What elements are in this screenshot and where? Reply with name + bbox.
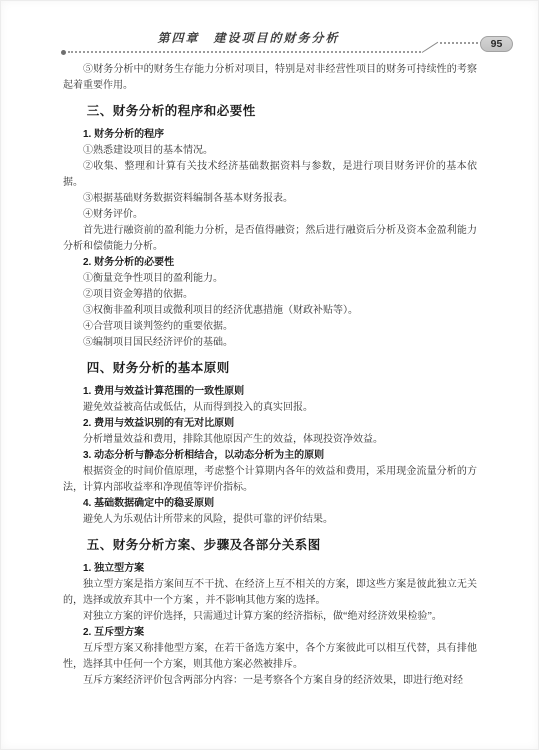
- section-heading-5: 五、财务分析方案、步骤及各部分关系图: [63, 537, 477, 554]
- section-heading-4: 四、财务分析的基本原则: [63, 360, 477, 377]
- paragraph-principle-2: 分析增量效益和费用，排除其他原因产生的效益，体现投资净效益。: [63, 432, 477, 448]
- dotted-rule-left: [68, 51, 421, 53]
- subheading-necessity: 2. 财务分析的必要性: [63, 255, 477, 271]
- list-item: ⑤编制项目国民经济评价的基础。: [63, 335, 477, 351]
- paragraph-principle-1: 避免效益被高估或低估，从而得到投入的真实回报。: [63, 400, 477, 416]
- list-item: ①熟悉建设项目的基本情况。: [63, 143, 477, 159]
- chapter-title: 第四章 建设项目的财务分析: [0, 29, 497, 46]
- list-item: ①衡量竞争性项目的盈利能力。: [63, 271, 477, 287]
- list-item: ③权衡非盈利项目或微利项目的经济优惠措施（财政补贴等）。: [63, 303, 477, 319]
- subheading-principle-1: 1. 费用与效益计算范围的一致性原则: [63, 384, 477, 400]
- paragraph-exclusive-1: 互斥型方案又称排他型方案，在若干备选方案中，各个方案彼此可以相互代替，具有排他性…: [63, 641, 477, 673]
- paragraph-financing-analysis: 首先进行融资前的盈利能力分析，是否值得融资；然后进行融资后分析及资本金盈利能力分…: [63, 223, 477, 255]
- book-page: 第四章 建设项目的财务分析 95 ⑤财务分析中的财务生存能力分析对项目，特别是对…: [0, 0, 539, 750]
- page-number-badge: 95: [480, 36, 513, 52]
- subheading-independent-scheme: 1. 独立型方案: [63, 561, 477, 577]
- subheading-principle-3: 3. 动态分析与静态分析相结合，以动态分析为主的原则: [63, 448, 477, 464]
- page-header: 第四章 建设项目的财务分析 95: [0, 0, 539, 60]
- paragraph-principle-3: 根据资金的时间价值原理，考虑整个计算期内各年的效益和费用，采用现金流量分析的方法…: [63, 464, 477, 496]
- list-item: ④合营项目谈判签约的重要依据。: [63, 319, 477, 335]
- page-content: ⑤财务分析中的财务生存能力分析对项目，特别是对非经营性项目的财务可持续性的考察起…: [63, 62, 477, 689]
- subheading-principle-2: 2. 费用与效益识别的有无对比原则: [63, 416, 477, 432]
- subheading-principle-4: 4. 基础数据确定中的稳妥原则: [63, 496, 477, 512]
- paragraph-exclusive-2: 互斥方案经济评价包含两部分内容：一是考察各个方案自身的经济效果，即进行绝对经: [63, 673, 477, 689]
- paragraph-independent-2: 对独立方案的评价选择，只需通过计算方案的经济指标，做“绝对经济效果检验”。: [63, 609, 477, 625]
- paragraph-principle-4: 避免人为乐观估计所带来的风险，提供可靠的评价结果。: [63, 512, 477, 528]
- list-item: ④财务评价。: [63, 207, 477, 223]
- subheading-procedure: 1. 财务分析的程序: [63, 127, 477, 143]
- section-heading-3: 三、财务分析的程序和必要性: [63, 103, 477, 120]
- subheading-mutually-exclusive-scheme: 2. 互斥型方案: [63, 625, 477, 641]
- dotted-rule-right: [440, 42, 482, 44]
- list-item: ②收集、整理和计算有关技术经济基础数据资料与参数，是进行项目财务评价的基本依据。: [63, 159, 477, 191]
- paragraph-financial-viability: ⑤财务分析中的财务生存能力分析对项目，特别是对非经营性项目的财务可持续性的考察起…: [63, 62, 477, 94]
- bullet-dot-icon: [61, 50, 66, 55]
- paragraph-independent-1: 独立型方案是指方案间互不干扰、在经济上互不相关的方案，即这些方案是彼此独立无关的…: [63, 577, 477, 609]
- list-item: ③根据基础财务数据资料编制各基本财务报表。: [63, 191, 477, 207]
- list-item: ②项目资金筹措的依据。: [63, 287, 477, 303]
